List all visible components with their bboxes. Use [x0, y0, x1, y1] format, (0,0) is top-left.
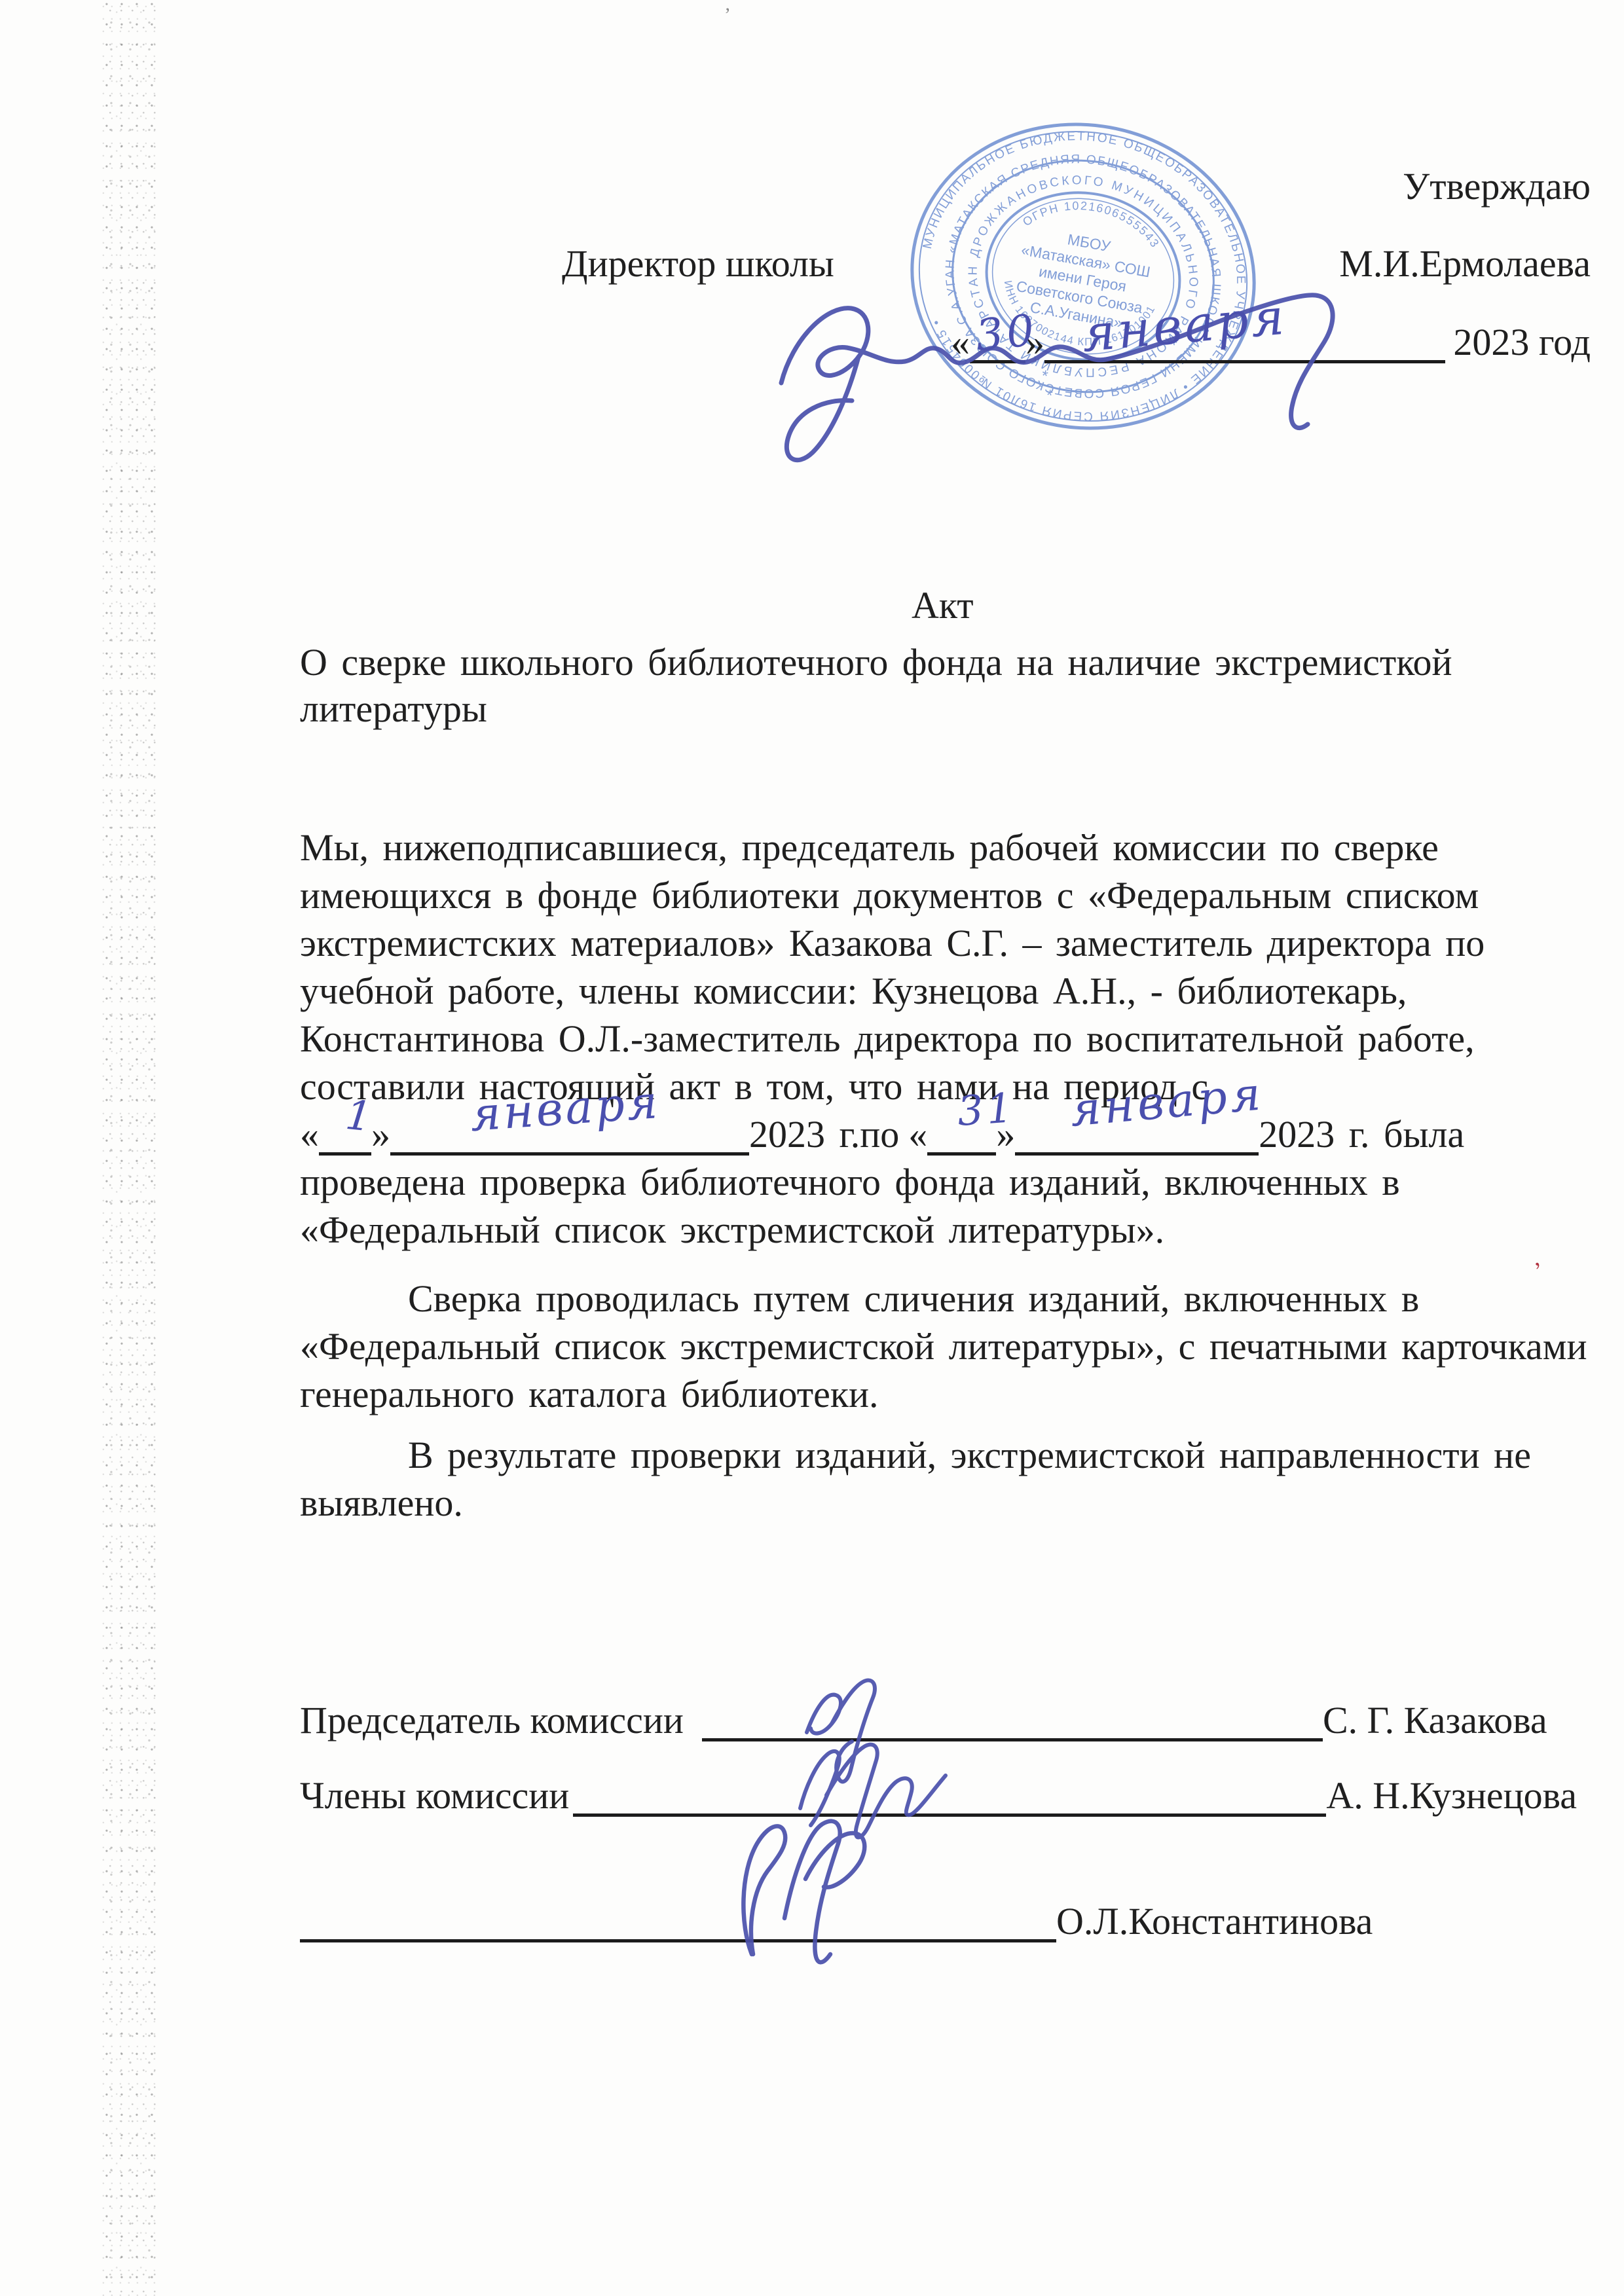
body-line: Сверка проводилась путем сличения издани… [300, 1275, 1587, 1322]
subtitle-line-1: О сверке школьного библиотечного фонда н… [300, 639, 1452, 685]
handwritten-day-from: 1 [343, 1091, 377, 1141]
director-label: Директор школы [562, 240, 834, 287]
body-line: Мы, нижеподписавшиеся, председатель рабо… [300, 824, 1485, 871]
approve-year: 2023 год [1453, 318, 1591, 366]
body-line: В результате проверки изданий, экстремис… [300, 1431, 1531, 1479]
member1-signature-line [573, 1781, 1326, 1817]
member2-name: О.Л.Константинова [1056, 1900, 1373, 1942]
body-line: выявлено. [300, 1479, 1531, 1527]
paragraph-1: Мы, нижеподписавшиеся, председатель рабо… [300, 824, 1485, 1254]
body-line: «Федеральный список экстремистской литер… [300, 1322, 1587, 1370]
chair-name: С. Г. Казакова [1323, 1699, 1547, 1741]
members-label: Члены комиссии [300, 1774, 569, 1817]
body-line: «Федеральный список экстремистской литер… [300, 1206, 1485, 1254]
member1-name: А. Н.Кузнецова [1326, 1774, 1577, 1817]
signature-row-member-2: О.Л.Константинова [300, 1897, 1373, 1945]
paragraph-3: В результате проверки изданий, экстремис… [300, 1431, 1531, 1527]
school-round-stamp: МУНИЦИПАЛЬНОЕ БЮДЖЕТНОЕ ОБЩЕОБРАЗОВАТЕЛЬ… [905, 119, 1265, 437]
quote-open: « [300, 1113, 319, 1156]
quote-open: « [951, 321, 970, 363]
year2-label: 2023 г. была [1259, 1113, 1464, 1156]
paragraph-2: Сверка проводилась путем сличения издани… [300, 1275, 1587, 1418]
body-line: генерального каталога библиотеки. [300, 1370, 1587, 1418]
member2-signature-line [300, 1906, 1056, 1942]
chair-label: Председатель комиссии [300, 1699, 684, 1741]
approve-label: Утверждаю [1403, 162, 1591, 210]
handwritten-approve-day: 30 [973, 304, 1040, 361]
body-line: имеющихся в фонде библиотеки документов … [300, 871, 1485, 919]
handwritten-day-to: 31 [956, 1084, 1018, 1135]
approver-name: М.И.Ермолаева [1339, 240, 1591, 287]
gray-speck: ’ [724, 4, 731, 26]
body-line: проведена проверка библиотечного фонда и… [300, 1158, 1485, 1206]
body-line: Константинова О.Л.-заместитель директора… [300, 1015, 1485, 1063]
document-subtitle: О сверке школьного библиотечного фонда н… [300, 639, 1452, 732]
document-title: Акт [912, 581, 974, 629]
subtitle-line-2: литературы [300, 685, 1452, 732]
year1-label: 2023 г.по [749, 1113, 899, 1156]
body-line: учебной работе, члены комиссии: Кузнецов… [300, 967, 1485, 1015]
chair-signature-line [702, 1705, 1323, 1741]
signature-row-member-1: Члены комиссииА. Н.Кузнецова [300, 1772, 1577, 1819]
quote-open: « [908, 1113, 927, 1156]
scan-noise-strip [102, 0, 157, 2296]
red-ink-speck: , [1528, 1244, 1543, 1272]
document-page: Утверждаю Директор школы М.И.Ермолаева 2… [0, 0, 1624, 2296]
signature-row-chair: Председатель комиссииС. Г. Казакова [300, 1696, 1547, 1744]
body-line: экстремистских материалов» Казакова С.Г.… [300, 919, 1485, 967]
